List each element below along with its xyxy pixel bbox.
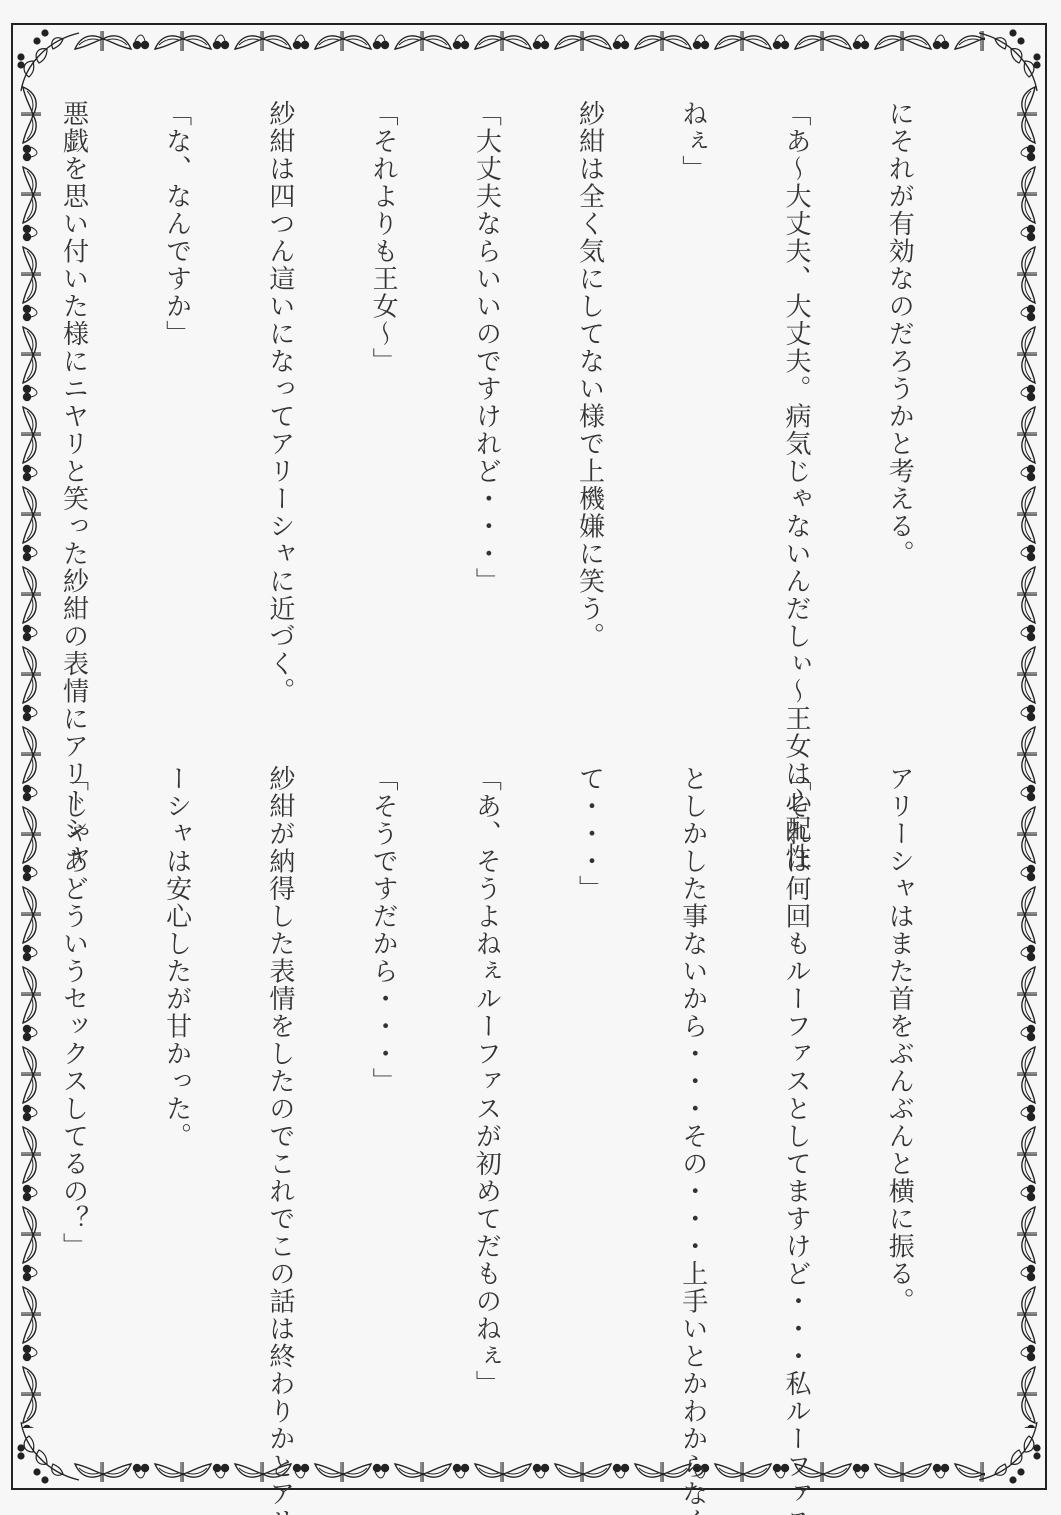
border-vine-bottom [73,1456,985,1486]
border-vine-top [73,27,985,57]
border-vine-right [1013,85,1043,1428]
text-line: にそれが有効なのだろうかと考える。 [882,100,916,700]
text-line: としかした事ないから・・・その・・・上手いとかわからなく [675,765,709,1325]
text-line: 「大丈夫ならいいのですけれど・・・」 [469,100,503,700]
text-line: 「じゃあどういうセックスしてるの？」 [56,765,90,1325]
corner-vine-icon [973,27,1043,97]
text-line: 「それは何回もルーファスとしてますけど・・・私ルーファス [779,765,813,1325]
text-line: 「な、なんですか」 [159,100,193,700]
corner-vine-icon [15,27,85,97]
text-line: アリーシャはまた首をぶんぶんと横に振る。 [882,765,916,1325]
text-line: ねぇ」 [675,100,709,700]
text-line: 「そうですだから・・・」 [366,765,400,1325]
text-line: 紗紺は全く気にしてない様で上機嫌に笑う。 [572,100,606,700]
text-line: 悪戯を思い付いた様にニヤリと笑った紗紺の表情にアリーシャ [56,100,90,700]
corner-vine-icon [15,1416,85,1486]
text-line: 紗紺は四つん這いになってアリーシャに近づく。 [262,100,296,700]
text-line: て・・・」 [572,765,606,1325]
text-line: 「あ～大丈夫、大丈夫。病気じゃないんだしぃ～王女は心配性 [779,100,813,700]
text-block-top: にそれが有効なのだろうかと考える。 「あ～大丈夫、大丈夫。病気じゃないんだしぃ～… [0,100,985,700]
text-block-bottom: アリーシャはまた首をぶんぶんと横に振る。 「それは何回もルーファスとしてますけど… [0,765,985,1325]
text-line: ーシャは安心したが甘かった。 [159,765,193,1325]
text-line: 「あ、そうよねぇルーファスが初めてだものねぇ」 [469,765,503,1325]
text-line: 紗紺が納得した表情をしたのでこれでこの話は終わりかとアリ [262,765,296,1325]
corner-vine-icon [973,1416,1043,1486]
text-line: 「それよりも王女～」 [366,100,400,700]
